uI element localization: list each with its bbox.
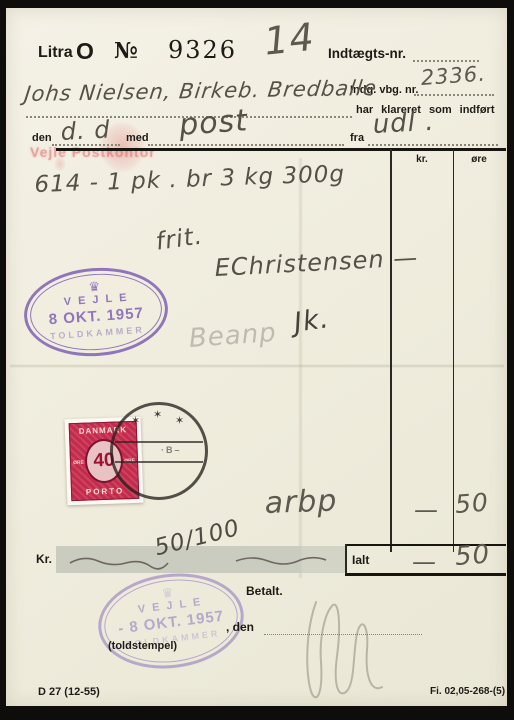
- table-top-rule: [56, 148, 506, 151]
- serial-number: 9326: [168, 36, 237, 64]
- ialt-left-line: [345, 544, 347, 574]
- toldstempel-label: (toldstempel): [108, 640, 177, 652]
- free-note-handwriting: frit.: [154, 221, 204, 255]
- den2-label: , den: [226, 620, 254, 634]
- amount-kr-dash: —: [414, 496, 439, 524]
- fra-line: [368, 144, 498, 146]
- postmark-star-icon: ✶: [153, 408, 162, 421]
- numero-symbol: №: [114, 38, 138, 64]
- indg-vbg-line: [414, 94, 494, 96]
- clerk-signature: EChristensen —: [214, 243, 419, 282]
- kr-total-label: Kr.: [36, 552, 52, 566]
- fra-label: fra: [350, 132, 364, 144]
- pencil-number: 14: [262, 15, 317, 64]
- postmark-band-top: [115, 441, 203, 443]
- porto-ore-left: ØRE: [73, 460, 84, 466]
- postmark-star-icon: ✶: [175, 414, 184, 427]
- declarant-handwriting: Johs Nielsen, Birkeb. Bredballe: [23, 76, 378, 106]
- col-header-ore: øre: [454, 154, 504, 165]
- postmark-star-icon: ✶: [131, 414, 140, 427]
- ialt-kr-dash: —: [412, 548, 437, 576]
- table-vline-kr: [390, 149, 392, 552]
- circular-postmark: ✶ ✶ ✶ ·B–: [110, 402, 208, 500]
- horizontal-crease: [10, 364, 504, 368]
- customs-oval-stamp-top: ♛ VEJLE 8 OKT. 1957 TOLDKAMMER: [21, 263, 171, 361]
- income-no-label: Indtægts-nr.: [328, 46, 406, 61]
- amount-ore-value: 50: [454, 488, 490, 519]
- indg-vbg-value: 2336.: [420, 61, 487, 89]
- den-label: den: [32, 132, 52, 144]
- med-value: post: [178, 103, 249, 143]
- form-number-left: D 27 (12-55): [38, 686, 100, 698]
- postmark-band-bottom: [115, 461, 203, 463]
- den-value: d. d: [60, 115, 111, 146]
- col-header-kr: kr.: [391, 154, 453, 165]
- pencil-initials: Jk.: [292, 303, 331, 339]
- payer-signature: [294, 594, 398, 702]
- med-label: med: [126, 132, 149, 144]
- med-line: [148, 144, 344, 146]
- postmark-band-text: ·B–: [161, 445, 182, 455]
- litra-label: Litra: [38, 44, 73, 62]
- betalt-label: Betalt.: [246, 584, 283, 598]
- fra-value: udl .: [372, 107, 435, 140]
- ialt-label: Ialt: [352, 553, 369, 567]
- ialt-ore-value: 50: [454, 540, 491, 572]
- litra-value: O: [76, 38, 94, 65]
- document-paper: Litra O № 9326 14 Indtægts-nr. Indg. vbg…: [6, 8, 507, 706]
- form-number-right: Fi. 02,05-268-(5): [430, 686, 505, 697]
- pencil-scribble: Beanp: [188, 318, 278, 354]
- amount-note-handwriting: arbp: [264, 483, 338, 521]
- postkontor-red-stamp: Vejle Postkontor: [30, 144, 156, 160]
